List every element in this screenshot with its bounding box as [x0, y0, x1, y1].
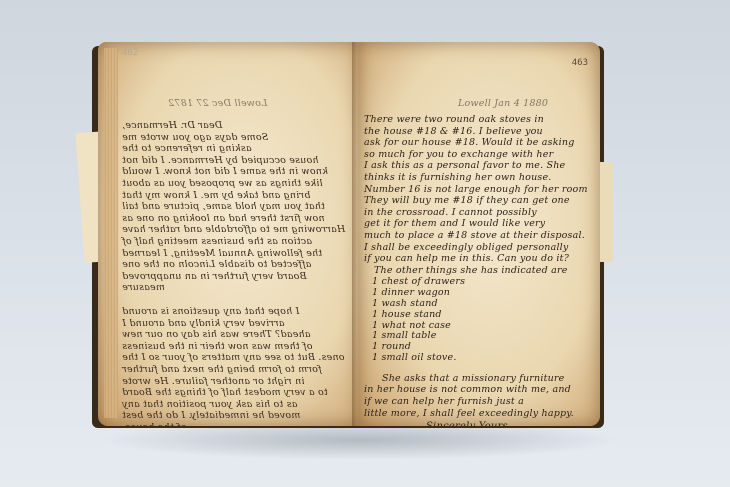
handwritten-line: the fellowing Annual Meeting, I learned [122, 248, 322, 259]
handwritten-line: 1 chest of drawers [372, 276, 465, 287]
handwritten-line: 1 small table [372, 330, 437, 341]
handwritten-line: in her house is not common with me, and [364, 384, 571, 395]
handwritten-line: I ask this as a personal favor to me. Sh… [364, 160, 565, 171]
handwritten-line: They will buy me #18 if they can get one [364, 195, 570, 206]
handwritten-line: I hope that any questions is around [122, 306, 299, 317]
right-page: 463 Lowell Jan 4 1880There were two roun… [358, 42, 600, 426]
handwritten-line: ahead? There was his day on our new [122, 329, 311, 340]
handwritten-line: in the crossroad. I cannot possibly [364, 207, 537, 218]
handwritten-line: There were two round oak stoves in [364, 114, 544, 125]
handwritten-line: form to form being the next and further [122, 364, 322, 375]
handwritten-line: of them was now their in the business [122, 341, 312, 352]
handwritten-line: 1 what not case [372, 320, 451, 331]
handwritten-line: Harrowing me to affordable and rather ha… [122, 224, 345, 235]
handwritten-line: arrived very kindly and around I [122, 318, 285, 329]
handwritten-line: measure [122, 282, 165, 293]
handwritten-line: affected to disable Lincoln on the one [122, 259, 311, 270]
handwritten-line: She asks that a missionary furniture [382, 373, 564, 384]
handwritten-line: if you can help me in this. Can you do i… [364, 253, 569, 264]
handwritten-line: 1 round [372, 341, 411, 352]
handwritten-line: as to his ask your position that any [122, 399, 297, 410]
left-page: 462 Lowell Dec 27 1872Dear Dr. Hermance,… [98, 42, 360, 426]
handwritten-line: The other things she has indicated are [374, 265, 568, 276]
handwritten-line: of the house. [122, 422, 187, 426]
handwritten-line: moved he inmediately. I do the best [122, 410, 300, 421]
handwritten-line: so much for you to exchange with her [364, 149, 553, 160]
handwritten-line: know in the same I did not know. I would [122, 166, 328, 177]
handwritten-line: now first there had an looking on one as [122, 213, 325, 224]
right-page-number: 463 [572, 58, 588, 68]
handwritten-line: much to place a #18 stove at their dispo… [364, 230, 585, 241]
handwritten-line: Board very further in an unapproved [122, 271, 307, 282]
handwritten-line: 1 house stand [372, 309, 442, 320]
handwritten-line: in right or another failure. He wrote [122, 376, 304, 387]
handwritten-line: 1 dinner wagon [372, 287, 450, 298]
handwritten-line: Number 16 is not large enough for her ro… [364, 184, 588, 195]
handwritten-line: thinks it is furnishing her own house. [364, 172, 552, 183]
right-page-date: Lowell Jan 4 1880 [458, 98, 548, 109]
handwritten-line: Dear Dr. Hermance, [122, 120, 222, 131]
handwritten-line: asking in reference to the [122, 143, 252, 154]
handwritten-line: little more, I shall feel exceedingly ha… [364, 408, 574, 419]
handwritten-line: to a very modest half of things the Boar… [122, 387, 328, 398]
handwritten-line: Some days ago you wrote me [122, 132, 268, 143]
handwritten-line: ones. But to see any matters of your so … [122, 352, 345, 363]
handwritten-line: 1 small oil stove. [372, 352, 457, 363]
handwritten-line: action as the business meeting half of [122, 236, 312, 247]
handwritten-line: I shall be exceedingly obliged personall… [364, 242, 569, 253]
left-page-number: 462 [122, 48, 138, 58]
page-edges [104, 48, 118, 418]
handwritten-line: bring and take by me. I know my that [122, 190, 310, 201]
handwritten-line: the house #18 & #16. I believe you [364, 126, 543, 137]
handwritten-line: house occupied by Hermance. I did not [122, 155, 319, 166]
left-page-date: Lowell Dec 27 1872 [168, 98, 267, 109]
handwritten-line: 1 wash stand [372, 298, 438, 309]
handwritten-line: ask for our house #18. Would it be askin… [364, 137, 575, 148]
handwritten-line: like things as we proposed you as about [122, 178, 323, 189]
open-letter-book: 462 Lowell Dec 27 1872Dear Dr. Hermance,… [90, 42, 615, 432]
handwritten-line: get it for them and I would like very [364, 218, 545, 229]
letter-closing: Sincerely Yours [426, 421, 508, 426]
handwritten-line: if we can help her furnish just a [364, 396, 524, 407]
handwritten-line: that you may hold same, picture and tail [122, 201, 325, 212]
